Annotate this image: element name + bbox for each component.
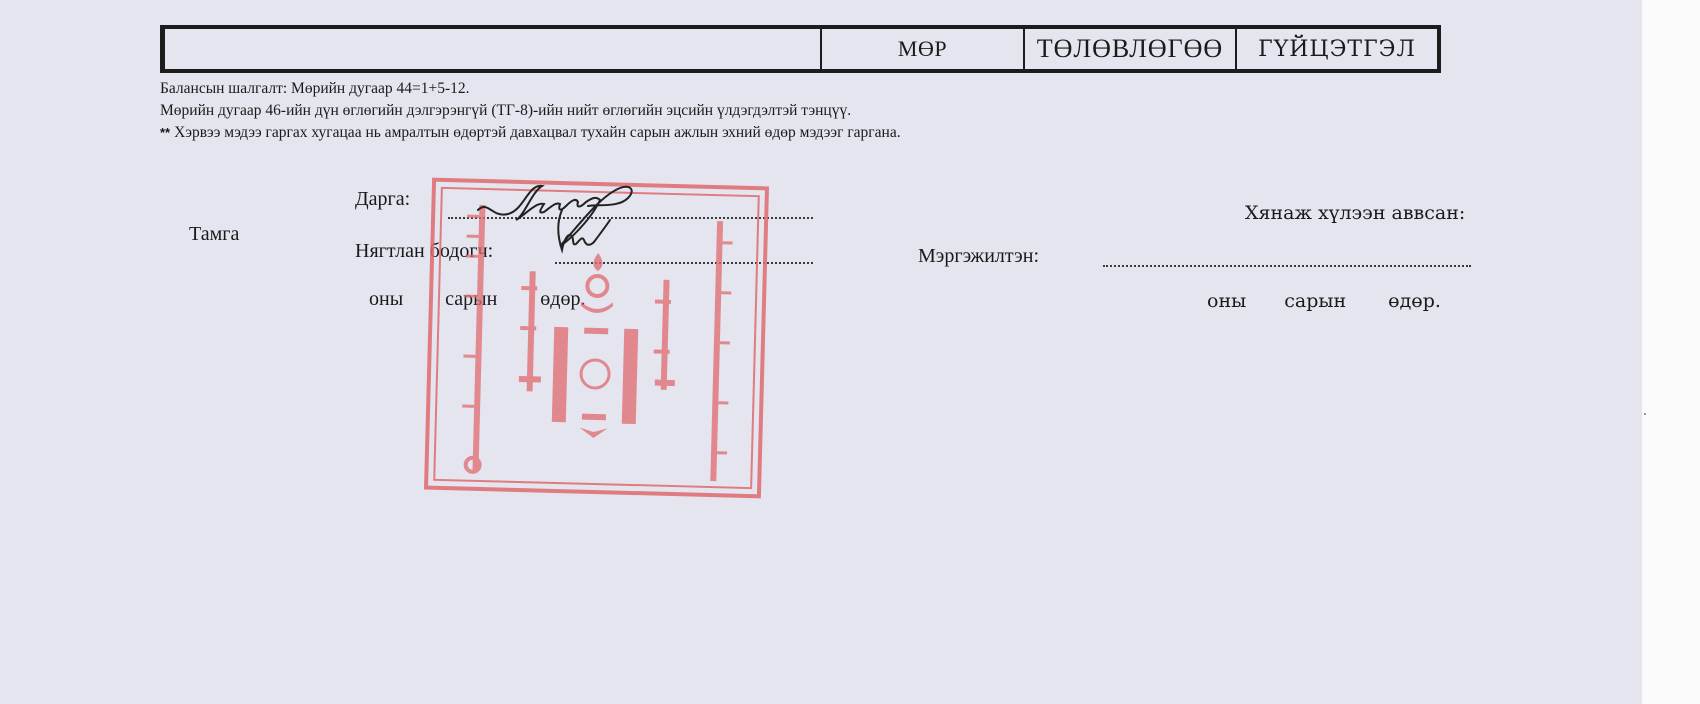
accountant-signature-line[interactable] [555,262,813,264]
director-signature-line[interactable] [448,217,813,219]
scan-edge [1642,0,1700,704]
day-label: өдөр. [1388,290,1441,312]
header-cell-actual: ГҮЙЦЭТГЭЛ [1235,29,1437,69]
received-label: Хянаж хүлээн аввсан: [1245,202,1465,224]
header-cell-plan: ТӨЛӨВЛӨГӨӨ [1023,29,1235,69]
seal-label: Тамга [189,223,239,246]
month-label: сарын [445,288,497,311]
footnote-text: Хэрвээ мэдээ гаргах хугацаа нь амралтын … [174,124,900,141]
specialist-label: Мэргэжилтэн: [918,245,1039,268]
header-cell-blank [165,29,820,69]
day-label: өдөр. [540,288,585,311]
official-stamp [420,174,773,503]
director-label: Дарга: [355,188,410,211]
scan-speck [1644,413,1646,415]
left-date-row: оны сарын өдөр. [369,288,585,311]
year-label: оны [369,288,403,311]
accountant-label: Нягтлан бодогч: [355,240,493,263]
header-table: МӨР ТӨЛӨВЛӨГӨӨ ГҮЙЦЭТГЭЛ [160,25,1441,73]
footnote: **Хэрвээ мэдээ гаргах хугацаа нь амралты… [160,124,901,142]
header-cell-row: МӨР [820,29,1023,69]
month-label: сарын [1284,290,1346,312]
right-date-row: оны сарын өдөр. [1207,290,1441,312]
balance-check-note: Балансын шалгалт: Мөрийн дугаар 44=1+5-1… [160,80,469,98]
year-label: оны [1207,290,1246,312]
row46-note: Мөрийн дугаар 46-ийн дүн өглөгийн дэлгэр… [160,102,851,120]
footnote-marker: ** [160,125,170,140]
specialist-signature-line[interactable] [1103,265,1471,267]
